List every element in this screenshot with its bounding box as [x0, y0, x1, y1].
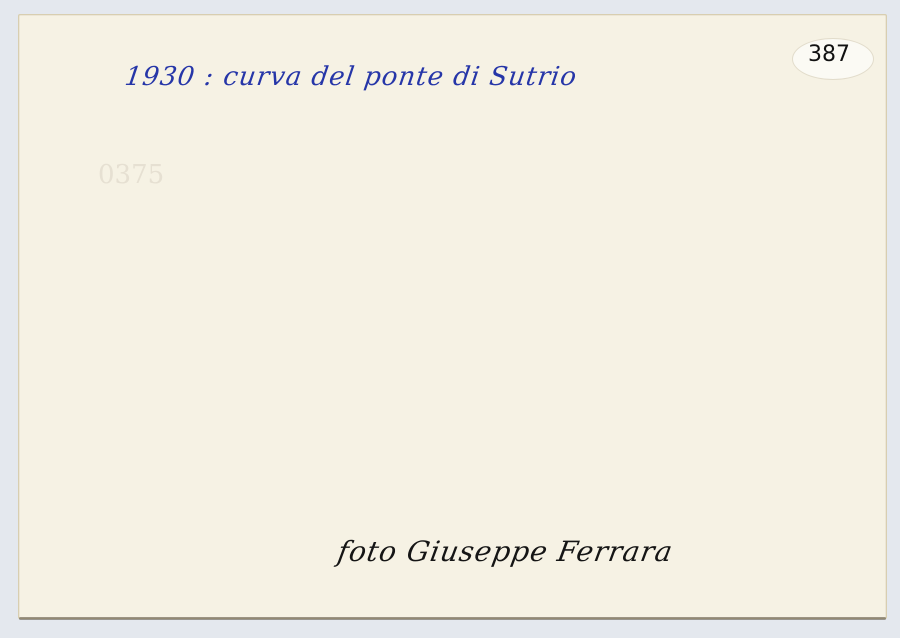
- photo-back-card: [18, 14, 887, 619]
- handwritten-caption: 1930 : curva del ponte di Sutrio: [123, 62, 579, 92]
- photographer-signature: foto Giuseppe Ferrara: [335, 535, 676, 568]
- archive-number: 387: [808, 42, 850, 67]
- faint-stamp: 0375: [98, 160, 164, 190]
